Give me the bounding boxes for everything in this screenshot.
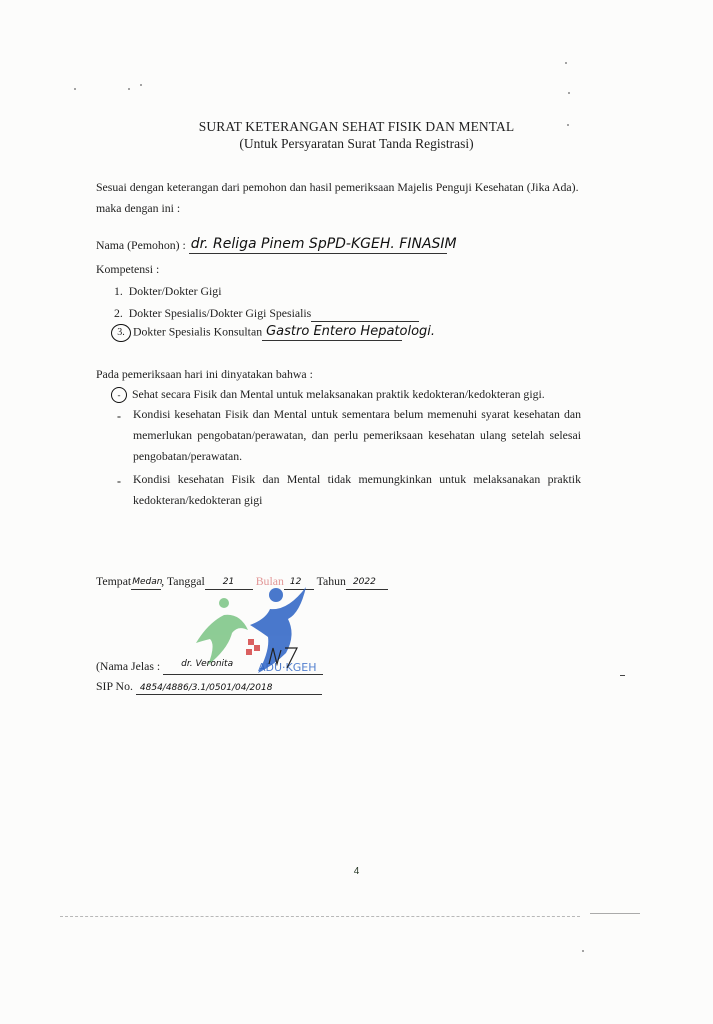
applicant-label: Nama (Pemohon) :	[96, 238, 186, 252]
examination-intro: Pada pemeriksaan hari ini dinyatakan bah…	[96, 367, 313, 382]
statement-3-bullet: -	[117, 474, 121, 489]
sip-field[interactable]: 4854/4886/3.1/0501/04/2018	[136, 679, 322, 695]
competence-option-3[interactable]: 3.Dokter Spesialis Konsultan Gastro Ente…	[111, 324, 402, 342]
scan-mark	[620, 675, 625, 676]
scan-speck	[128, 88, 130, 90]
scan-speck	[74, 88, 76, 90]
competence-option-2-field[interactable]	[311, 306, 419, 322]
scan-speck	[568, 92, 570, 94]
document-title: SURAT KETERANGAN SEHAT FISIK DAN MENTAL	[0, 119, 713, 135]
competence-label: Kompetensi :	[96, 262, 159, 277]
document-subtitle: (Untuk Persyaratan Surat Tanda Registras…	[0, 136, 713, 152]
page-number: 4	[0, 866, 713, 877]
intro-line-2: maka dengan ini :	[96, 201, 180, 216]
competence-option-2[interactable]: 2. Dokter Spesialis/Dokter Gigi Spesiali…	[114, 306, 419, 322]
applicant-row: Nama (Pemohon) : dr. Religa Pinem SpPD-K…	[96, 238, 447, 254]
competence-option-3-field[interactable]: Gastro Entero Hepatologi.	[262, 325, 402, 341]
competence-option-1[interactable]: 1. Dokter/Dokter Gigi	[114, 284, 221, 299]
signature-scribble-icon	[265, 642, 305, 672]
scan-speck	[582, 950, 584, 952]
statement-1[interactable]: - Sehat secara Fisik dan Mental untuk me…	[111, 387, 545, 403]
statement-2[interactable]: Kondisi kesehatan Fisik dan Mental untuk…	[133, 404, 581, 467]
place-field[interactable]: Medan	[131, 574, 161, 590]
intro-line-1: Sesuai dengan keterangan dari pemohon da…	[96, 180, 579, 195]
statement-3[interactable]: Kondisi kesehatan Fisik dan Mental tidak…	[133, 469, 581, 511]
scan-speck	[565, 62, 567, 64]
selected-circle-mark: -	[111, 387, 127, 403]
footer-divider	[60, 916, 580, 917]
footer-divider-right	[590, 913, 640, 914]
scanned-document-page: SURAT KETERANGAN SEHAT FISIK DAN MENTAL …	[0, 0, 713, 1024]
selected-circle-mark: 3.	[111, 324, 131, 342]
scan-speck	[140, 84, 142, 86]
competence-handwritten-specialty: Gastro Entero Hepatologi.	[266, 324, 435, 339]
sip-row: SIP No. 4854/4886/3.1/0501/04/2018	[96, 679, 322, 695]
applicant-field[interactable]: dr. Religa Pinem SpPD-KGEH. FINASIM	[189, 238, 447, 254]
applicant-handwritten-name: dr. Religa Pinem SpPD-KGEH. FINASIM	[191, 236, 457, 252]
statement-2-bullet: -	[117, 409, 121, 424]
year-field[interactable]: 2022	[346, 574, 388, 590]
